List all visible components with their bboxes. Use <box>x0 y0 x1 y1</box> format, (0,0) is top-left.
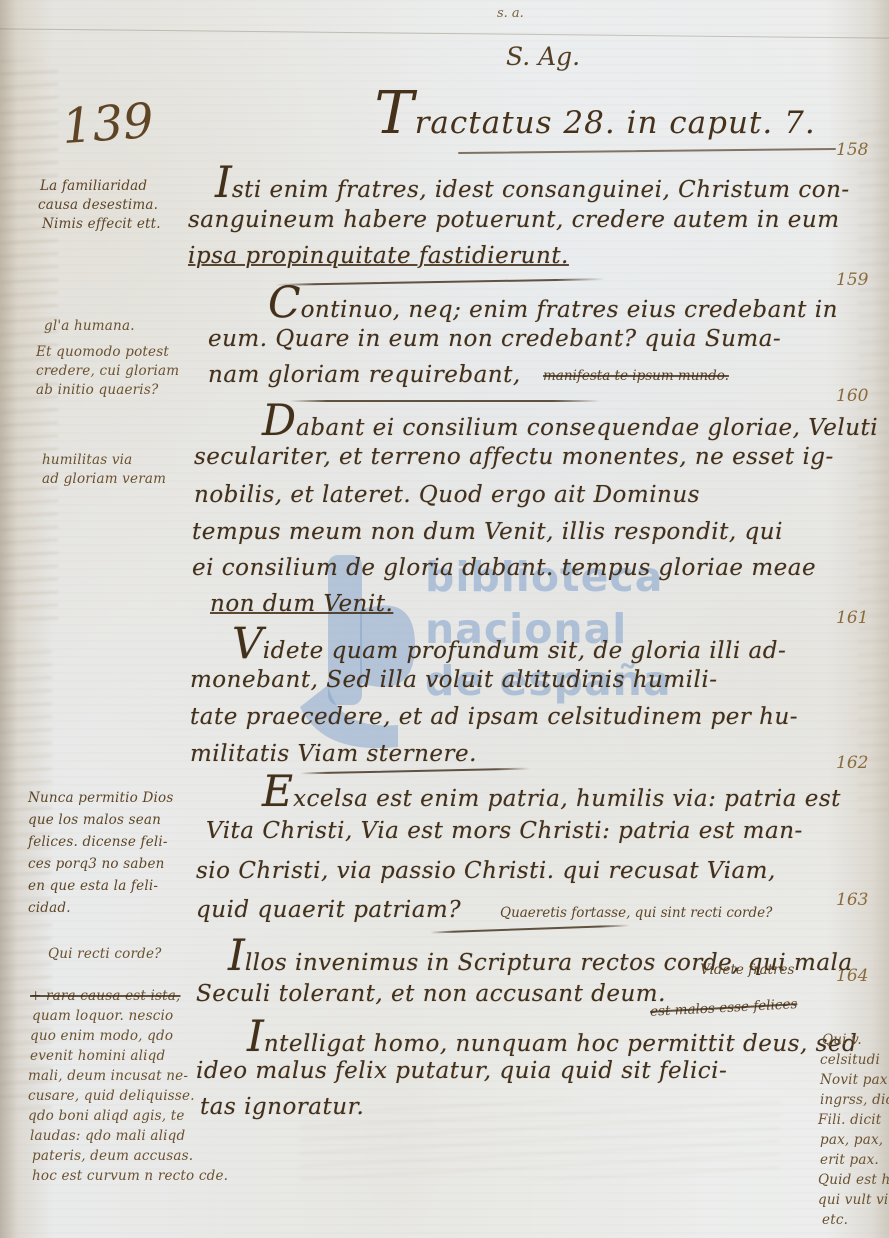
margin-note-line: evenit homini aliqd <box>30 1048 165 1064</box>
body-line: tate praecedere, et ad ipsam celsitudine… <box>190 704 798 730</box>
body-line: Isti enim fratres, idest consanguinei, C… <box>215 168 850 203</box>
body-line: ipsa propinquitate fastidierunt. <box>188 243 569 269</box>
inline-annotation: Quaeretis fortasse, qui sint recti corde… <box>500 905 772 921</box>
right-margin-note-line: Fili. dicit <box>818 1112 881 1128</box>
margin-note-line: laudas: qdo mali aliqd <box>30 1128 185 1144</box>
body-line: militatis Viam sternere. <box>190 741 477 767</box>
right-margin-note-line: Novit pax <box>820 1072 888 1088</box>
header-fragment: s. a. <box>497 6 524 21</box>
right-margin-note-line: pax, pax, <box>820 1132 883 1148</box>
pen-flourish <box>275 278 605 286</box>
title-underline <box>458 148 836 153</box>
body-line: sio Christi, via passio Christi. qui rec… <box>196 858 776 884</box>
section-number: 158 <box>836 140 868 160</box>
body-line: ideo malus felix putatur, quia quid sit … <box>196 1058 727 1084</box>
inline-annotation: Videte fratres <box>700 962 794 978</box>
inline-annotation: est malos esse felices <box>650 996 798 1020</box>
body-line: nam gloriam requirebant, <box>208 362 521 388</box>
right-margin-note-line: ingrss, dicit <box>820 1092 889 1108</box>
margin-note-line: quo enim modo, qdo <box>30 1028 173 1044</box>
body-line: ei consilium de gloria dabant. tempus gl… <box>192 555 816 581</box>
page-title: Tractatus 28. in caput. 7. <box>374 92 815 141</box>
margin-note-line: mali, deum incusat ne- <box>28 1068 188 1084</box>
body-line: quid quaerit patriam? <box>196 897 461 923</box>
margin-note-line: felices. dicense feli- <box>28 834 168 850</box>
margin-note-line: cidad. <box>28 900 71 916</box>
margin-note-line: ces porq3 no saben <box>28 856 165 872</box>
body-line: Videte quam profundum sit, de gloria ill… <box>232 629 786 664</box>
pen-flourish <box>430 925 630 934</box>
body-line: eum. Quare in eum non credebant? quia Su… <box>208 326 781 352</box>
right-margin-note-line: Quid est homo <box>818 1172 889 1188</box>
right-margin-note-line: Qui v. <box>822 1032 862 1048</box>
manuscript-page: biblioteca nacional de españa s. a. S. A… <box>0 0 889 1238</box>
margin-note-line: ad gloriam veram <box>42 471 166 487</box>
margin-note-line: en que esta la feli- <box>28 878 158 894</box>
right-margin-note-line: erit pax. <box>820 1152 879 1168</box>
body-line: tas ignoratur. <box>200 1094 364 1120</box>
body-line: Excelsa est enim patria, humilis via: pa… <box>262 777 841 812</box>
right-margin-note-line: celsitudi <box>820 1052 880 1068</box>
body-line: monebant, Sed illa voluit altitudinis hu… <box>190 667 717 693</box>
pen-flourish <box>300 768 530 775</box>
margin-note-line: qdo boni aliqd agis, te <box>28 1108 185 1124</box>
folio-number: 139 <box>60 93 155 155</box>
margin-note-line: cusare, quid deliquisse. <box>28 1088 195 1104</box>
body-line: Intelligat homo, nunquam hoc permittit d… <box>247 1022 857 1057</box>
margin-note-line: ab initio quaeris? <box>36 382 158 398</box>
margin-note-line: humilitas via <box>42 452 132 468</box>
margin-note-line: Qui recti corde? <box>48 946 162 962</box>
body-line: non dum Venit. <box>210 591 393 617</box>
right-margin-note-line: etc. <box>822 1212 848 1228</box>
section-number: 160 <box>836 386 868 406</box>
margin-note-line: Et quomodo potest <box>36 344 169 360</box>
margin-note-line: quam loquor. nescio <box>32 1008 173 1024</box>
margin-note-line: pateris, deum accusas. <box>32 1148 193 1164</box>
margin-note-line: + rara causa est ista, <box>30 988 181 1004</box>
margin-note-line: Nunca permitio Dios <box>28 790 173 806</box>
right-margin-note-line: qui vult vita <box>818 1192 889 1208</box>
margin-note-line: que los malos sean <box>28 812 161 828</box>
margin-note-line: La familiaridad <box>40 178 147 194</box>
body-line: Seculi tolerant, et non accusant deum. <box>196 981 666 1007</box>
margin-note-line: causa desestima. <box>38 197 158 213</box>
body-line: tempus meum non dum Venit, illis respond… <box>192 519 783 545</box>
body-line: Continuo, neq; enim fratres eius credeba… <box>268 288 838 323</box>
margin-note-line: Nimis effecit ett. <box>42 216 161 232</box>
body-line: Dabant ei consilium consequendae gloriae… <box>262 406 878 441</box>
pen-flourish <box>290 400 600 402</box>
body-line: sanguineum habere potuerunt, credere aut… <box>188 207 840 233</box>
inline-annotation: manifesta te ipsum mundo. <box>543 368 729 384</box>
section-number: 162 <box>836 753 868 773</box>
margin-note-line: credere, cui gloriam <box>36 363 179 379</box>
section-number: 159 <box>836 270 868 290</box>
body-line: nobilis, et lateret. Quod ergo ait Domin… <box>194 482 700 508</box>
margin-note-line: hoc est curvum n recto cde. <box>32 1168 228 1184</box>
body-line: seculariter, et terreno affectu monentes… <box>194 444 834 470</box>
section-number: 161 <box>836 608 868 628</box>
section-number: 163 <box>836 890 868 910</box>
margin-note-line: gl'a humana. <box>44 318 135 334</box>
body-line: Vita Christi, Via est mors Christi: patr… <box>206 818 803 844</box>
running-header: S. Ag. <box>506 42 580 71</box>
